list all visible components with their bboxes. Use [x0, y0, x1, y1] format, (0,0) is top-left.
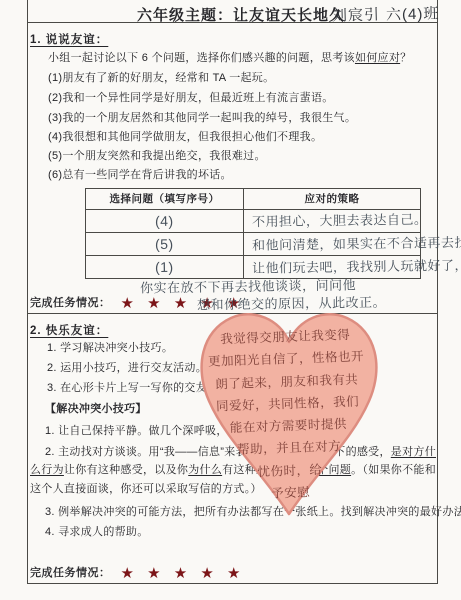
tip-paragraph-4: 4. 寻求成人的帮助。: [45, 525, 149, 539]
activity-step-1: 1. 学习解决冲突小技巧。: [47, 341, 173, 355]
tips-title: 【解决冲突小技巧】: [45, 402, 147, 416]
question-item-3: (3)我的一个朋友居然和其他同学一起叫我的绰号，我很生气。: [48, 111, 356, 125]
question-item-2: (2)我和一个异性同学是好朋友，但最近班上有流言蜚语。: [48, 91, 334, 105]
strategy-handwriting: 不用担心，大胆去表达自己。: [252, 209, 428, 233]
completion-label: 完成任务情况：: [30, 567, 111, 579]
section2-heading: 2. 快乐友谊：: [30, 322, 108, 338]
question-number-handwriting: (4): [86, 210, 244, 232]
handwritten-number: (4): [155, 210, 174, 232]
question-number-handwriting: (1): [86, 256, 244, 278]
worksheet-page: 六年级主题：让友谊天长地久 刘宸引 六(4)班 1. 说说友谊： 小组一起讨论以…: [0, 0, 461, 600]
strategy-cell: 不用担心，大胆去表达自己。: [244, 210, 428, 232]
question-item-6: (6)总有一些同学在背后讲我的坏话。: [48, 168, 232, 182]
tip2-underlined: 么行为: [30, 464, 64, 476]
table-row-3: (1) 让他们玩去吧，我找别人玩就好了，或者: [86, 255, 420, 278]
question-item-1: (1)朋友有了新的好朋友，经常和 TA 一起玩。: [48, 71, 274, 85]
section1-heading: 1. 说说友谊：: [30, 31, 108, 47]
question-number-handwriting: (5): [86, 233, 244, 255]
heart-card-text: 我觉得交朋友让我变得 更加阳光自信了，性格也开 朗了起来，朋友和我有共 同爱好，…: [187, 323, 389, 508]
star-rating: ★ ★ ★ ★ ★: [121, 565, 242, 582]
tip2-text: 让你有这种感受，以及你: [64, 464, 188, 476]
table-header-question: 选择问题（填写序号）: [86, 189, 244, 209]
question-item-5: (5)一个朋友突然和我提出绝交，我很难过。: [48, 149, 266, 163]
activity-step-2: 2. 运用小技巧，进行交友活动。: [47, 361, 207, 375]
student-class-handwriting: 六(4)班: [386, 2, 440, 24]
discussion-intro: 小组一起讨论以下 6 个问题，选择你们感兴趣的问题，思考该如何应对？: [48, 51, 411, 65]
completion-label: 完成任务情况：: [30, 297, 111, 309]
table-header-row: 选择问题（填写序号） 应对的策略: [86, 189, 420, 209]
table-row-2: (5) 和他问清楚，如果实在不合适再去找别人。: [86, 232, 420, 255]
section2-completion: 完成任务情况：★ ★ ★ ★ ★: [30, 564, 241, 583]
tip2-underlined: 是对方什: [391, 446, 436, 458]
intro-prefix: 小组一起讨论以下 6 个问题，选择你们感兴趣的问题，思考该: [48, 52, 355, 64]
student-name-handwriting: 刘宸引: [332, 3, 381, 25]
table-header-strategy: 应对的策略: [244, 189, 420, 209]
strategy-table: 选择问题（填写序号） 应对的策略 (4) 不用担心，大胆去表达自己。 (5) 和…: [85, 188, 421, 279]
strategy-handwriting: 和他问清楚，如果实在不合适再去找别人。: [252, 231, 461, 257]
table-row-1: (4) 不用担心，大胆去表达自己。: [86, 209, 420, 232]
intro-underlined: 如何应对: [355, 52, 400, 64]
intro-suffix: ？: [400, 52, 411, 64]
strategy-cell: 和他问清楚，如果实在不合适再去找别人。: [244, 233, 461, 255]
handwritten-number: (5): [155, 233, 174, 255]
question-item-4: (4)我很想和其他同学做朋友，但我很担心他们不理我。: [48, 130, 322, 144]
handwritten-number: (1): [155, 256, 174, 278]
